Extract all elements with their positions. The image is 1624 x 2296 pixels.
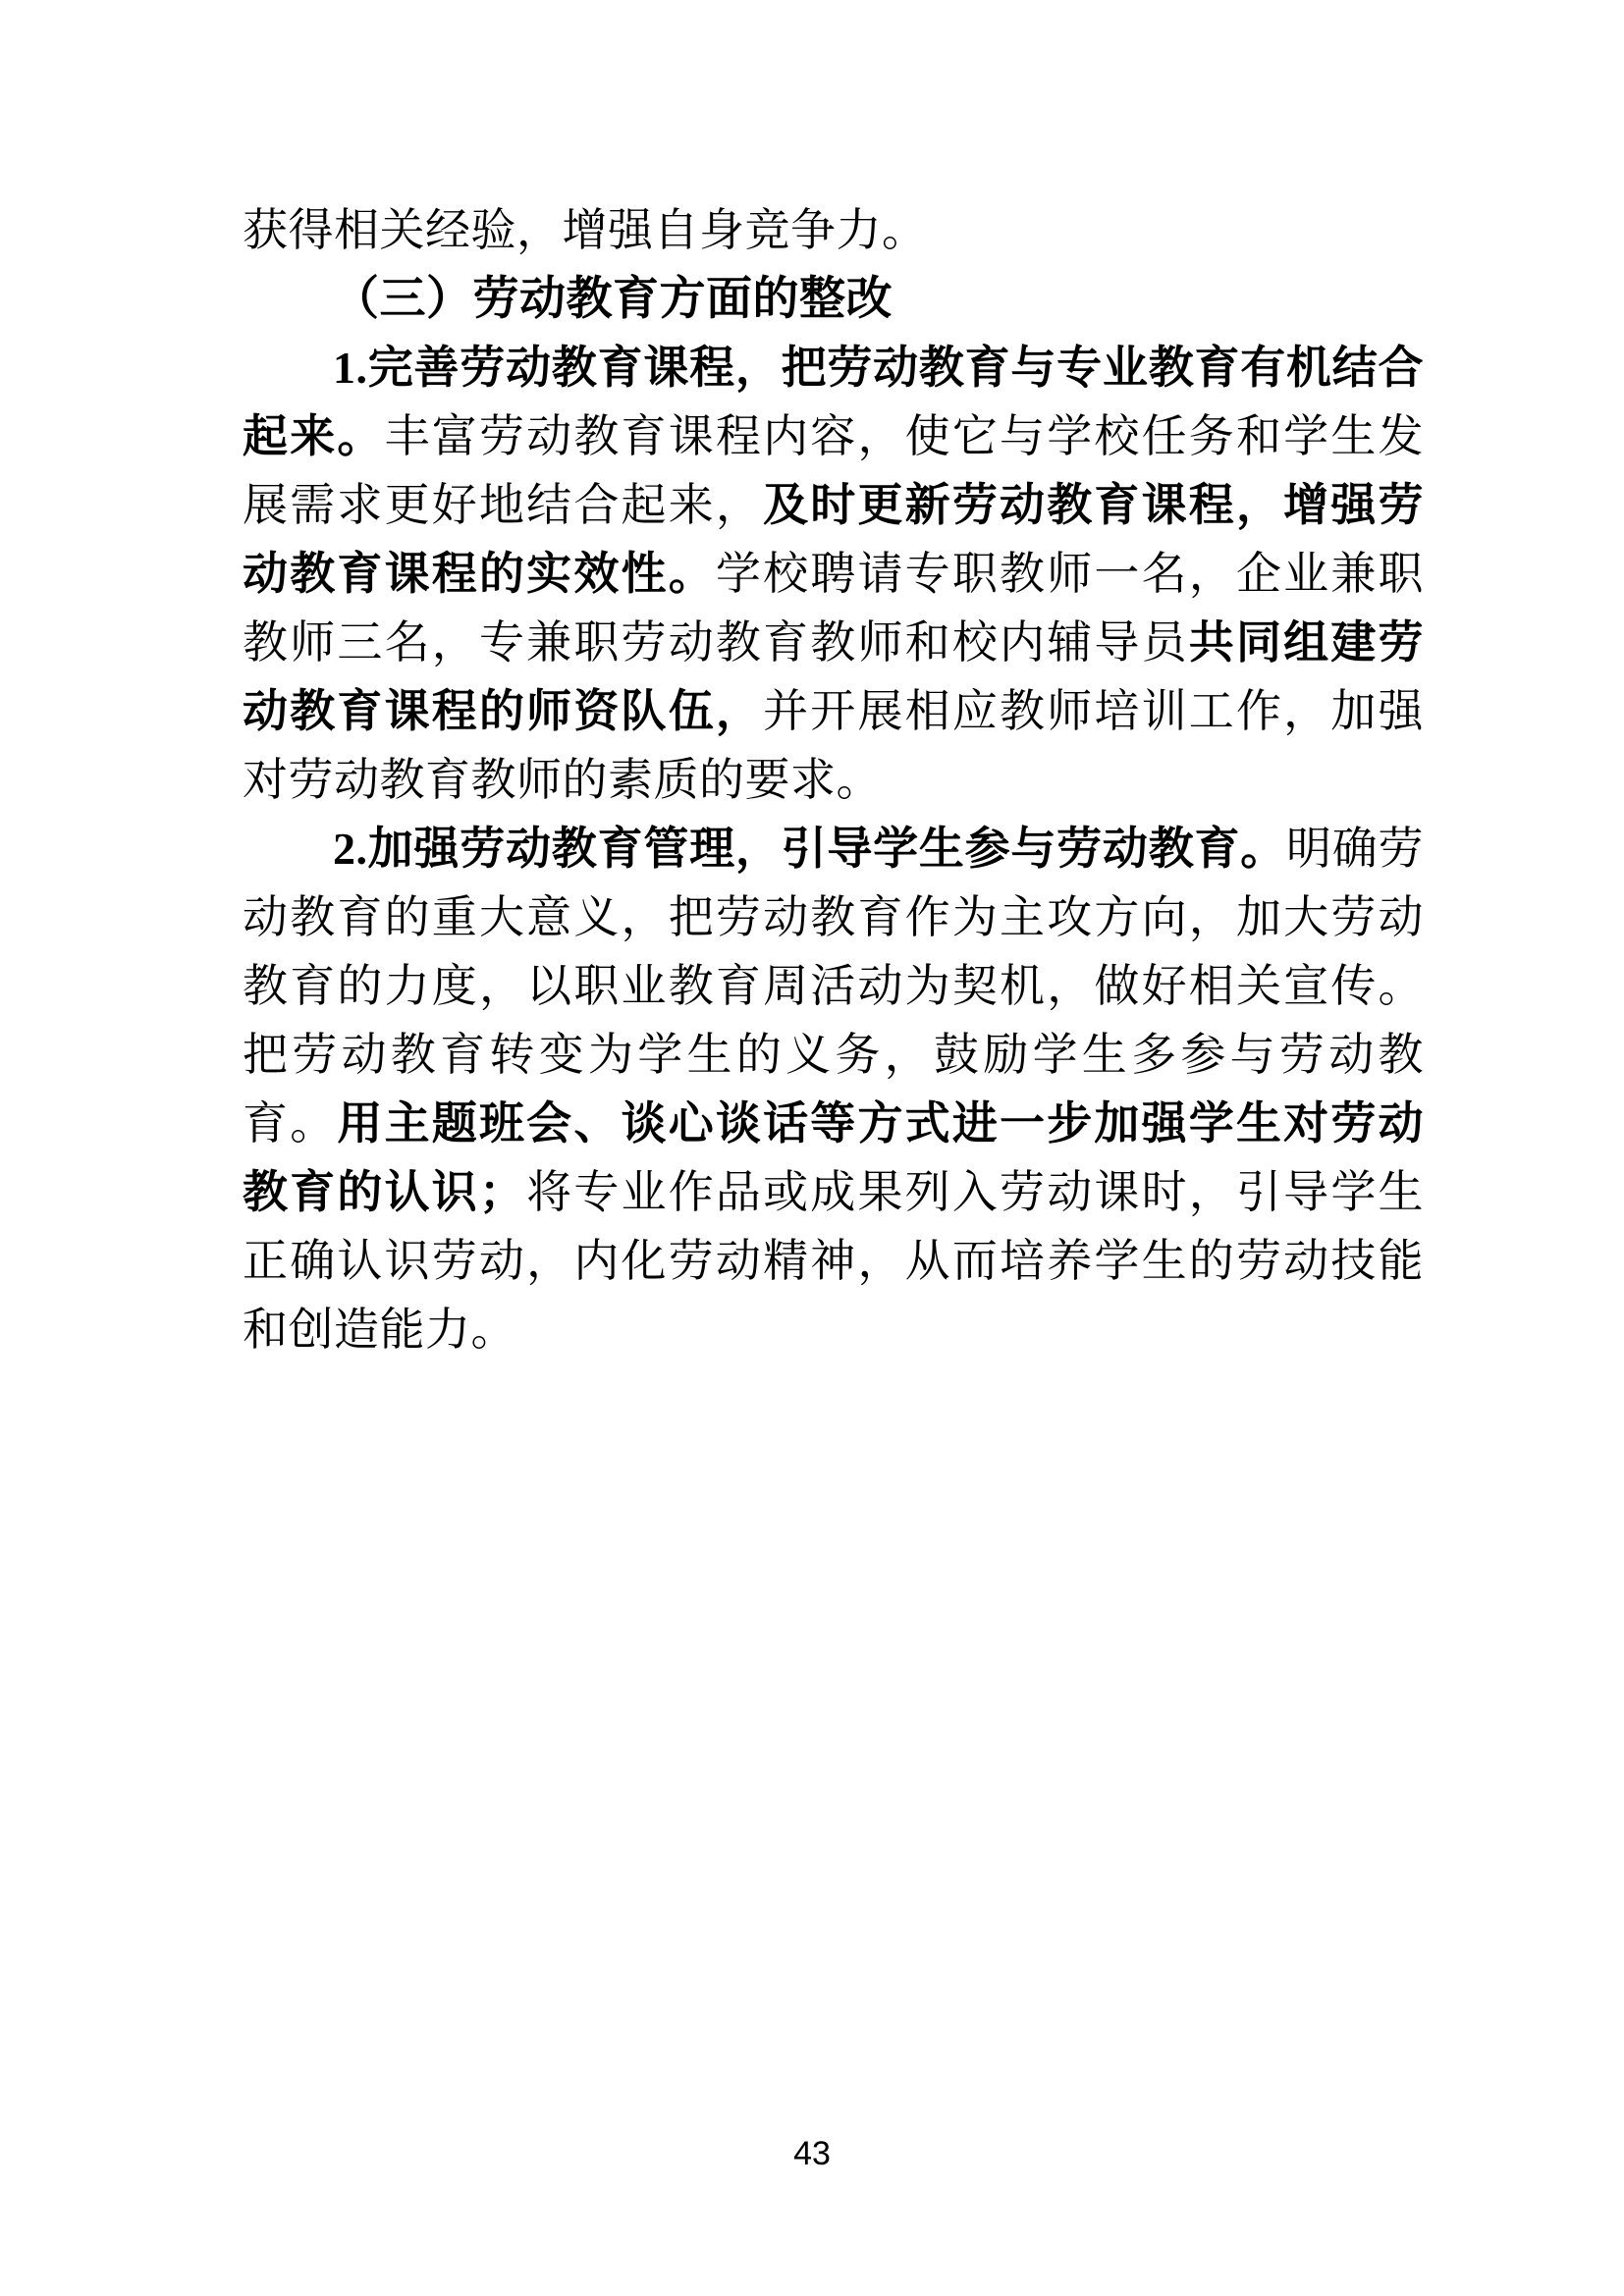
paragraph-continuation: 获得相关经验，增强自身竞争力。 bbox=[243, 196, 1424, 265]
section-heading: （三）劳动教育方面的整改 bbox=[243, 265, 1424, 334]
document-page: 获得相关经验，增强自身竞争力。 （三）劳动教育方面的整改 1.完善劳动教育课程，… bbox=[0, 0, 1624, 2296]
document-body: 获得相关经验，增强自身竞争力。 （三）劳动教育方面的整改 1.完善劳动教育课程，… bbox=[243, 196, 1424, 1364]
paragraph: 1.完善劳动教育课程，把劳动教育与专业教育有机结合起来。丰富劳动教育课程内容，使… bbox=[243, 334, 1424, 815]
text-run-bold: 2.加强劳动教育管理，引导学生参与劳动教育。 bbox=[333, 824, 1286, 874]
page-number: 43 bbox=[0, 2132, 1624, 2175]
paragraph: 2.加强劳动教育管理，引导学生参与劳动教育。明确劳动教育的重大意义，把劳动教育作… bbox=[243, 815, 1424, 1364]
